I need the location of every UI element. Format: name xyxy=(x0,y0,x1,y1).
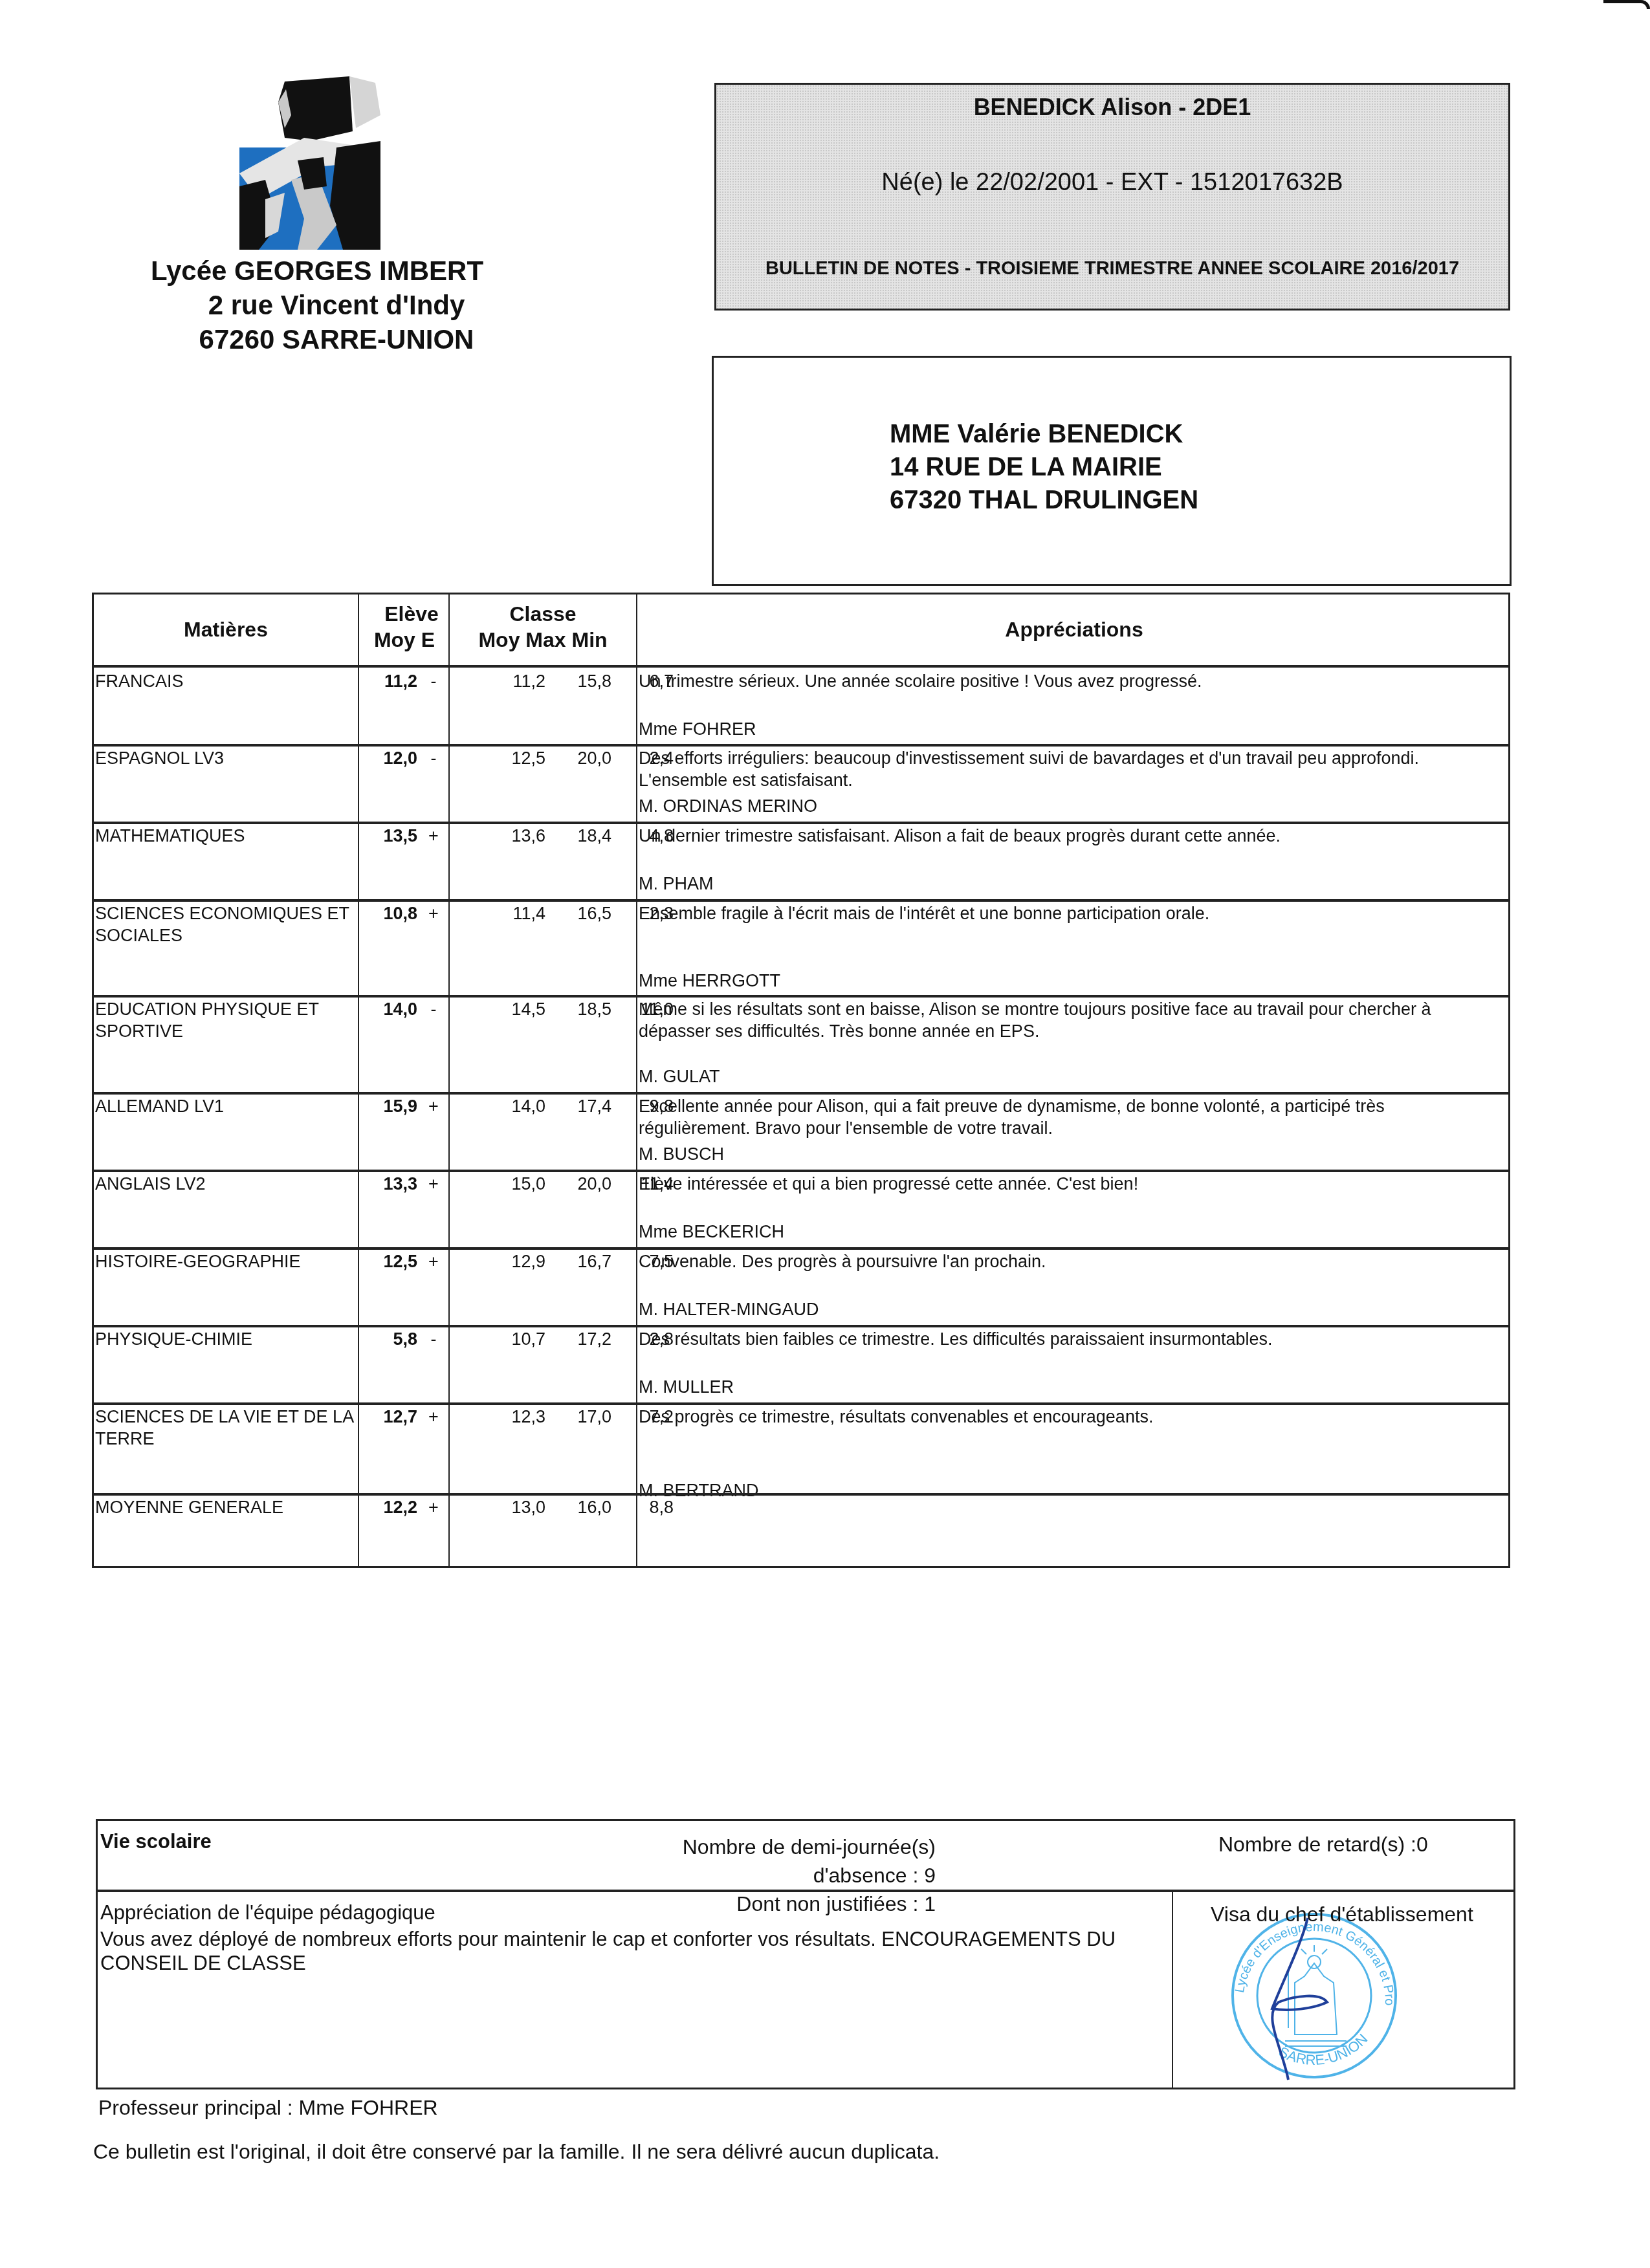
school-stamp-icon: Lycée d'Enseignement Général et Professi… xyxy=(1224,1905,1405,2086)
trend-indicator: - xyxy=(424,998,443,1020)
subject-name: MATHEMATIQUES xyxy=(95,825,354,847)
column-divider xyxy=(1172,1891,1173,2088)
class-average: 12,5 xyxy=(469,747,545,769)
student-average: 11,2 xyxy=(359,670,417,692)
header-student: Elève Moy E xyxy=(359,601,450,653)
lates-count: Nombre de retard(s) :0 xyxy=(1218,1833,1428,1857)
trend-indicator: + xyxy=(424,902,443,924)
recipient-city: 67320 THAL DRULINGEN xyxy=(890,484,1198,517)
student-average: 12,7 xyxy=(359,1406,417,1428)
teacher-name: M. MULLER xyxy=(639,1376,1499,1398)
header-class-line2: Moy Max Min xyxy=(450,627,636,653)
student-average: 12,0 xyxy=(359,747,417,769)
subject-name: ANGLAIS LV2 xyxy=(95,1173,354,1195)
table-row: MOYENNE GENERALE12,2+13,016,08,8 xyxy=(94,1494,1508,1567)
student-birth-info: Né(e) le 22/02/2001 - EXT - 1512017632B xyxy=(716,169,1508,197)
teacher-comment: Excellente année pour Alison, qui a fait… xyxy=(639,1095,1499,1139)
recipient-street: 14 RUE DE LA MAIRIE xyxy=(890,451,1198,484)
vie-scolaire-title: Vie scolaire xyxy=(100,1830,212,1853)
teacher-name: M. HALTER-MINGAUD xyxy=(639,1298,1499,1320)
class-average: 13,6 xyxy=(469,825,545,847)
header-class-line1: Classe xyxy=(450,601,636,627)
class-average: 15,0 xyxy=(469,1173,545,1195)
page-curl xyxy=(1603,0,1650,9)
bulletin-title: BULLETIN DE NOTES - TROISIEME TRIMESTRE … xyxy=(716,258,1508,279)
section-divider xyxy=(98,1890,1513,1892)
class-max: 20,0 xyxy=(547,747,611,769)
teacher-name: Mme BECKERICH xyxy=(639,1221,1499,1243)
subject-name: PHYSIQUE-CHIMIE xyxy=(95,1328,354,1350)
teacher-name: M. ORDINAS MERINO xyxy=(639,795,1499,817)
school-street: 2 rue Vincent d'Indy xyxy=(91,288,544,322)
table-row: FRANCAIS11,2-11,215,86,7Un trimestre sér… xyxy=(94,668,1508,745)
class-average: 10,7 xyxy=(469,1328,545,1350)
trend-indicator: + xyxy=(424,1406,443,1428)
subject-name: MOYENNE GENERALE xyxy=(95,1496,354,1518)
absences-info: Nombre de demi-journée(s) d'absence : 9 … xyxy=(651,1833,936,1918)
teacher-name: Mme FOHRER xyxy=(639,718,1499,740)
header-subjects: Matières xyxy=(94,616,358,642)
teacher-comment: Elève intéressée et qui a bien progressé… xyxy=(639,1173,1499,1195)
table-row: EDUCATION PHYSIQUE ET SPORTIVE14,0-14,51… xyxy=(94,996,1508,1093)
school-logo xyxy=(239,76,380,250)
subject-name: SCIENCES DE LA VIE ET DE LA TERRE xyxy=(95,1406,354,1450)
student-average: 10,8 xyxy=(359,902,417,924)
class-average: 12,3 xyxy=(469,1406,545,1428)
subject-name: HISTOIRE-GEOGRAPHIE xyxy=(95,1250,354,1272)
table-row: ANGLAIS LV213,3+15,020,011,4Elève intére… xyxy=(94,1170,1508,1248)
teacher-name: Mme HERRGOTT xyxy=(639,970,1499,992)
student-name-class: BENEDICK Alison - 2DE1 xyxy=(716,94,1508,121)
class-max: 17,0 xyxy=(547,1406,611,1428)
class-max: 17,4 xyxy=(547,1095,611,1117)
class-average: 13,0 xyxy=(469,1496,545,1518)
stamp-text-bottom: SARRE-UNION xyxy=(1276,2031,1370,2068)
class-max: 17,2 xyxy=(547,1328,611,1350)
svg-text:SARRE-UNION: SARRE-UNION xyxy=(1276,2031,1370,2068)
trend-indicator: + xyxy=(424,825,443,847)
student-header: BENEDICK Alison - 2DE1 Né(e) le 22/02/20… xyxy=(714,83,1510,311)
trend-indicator: + xyxy=(424,1496,443,1518)
student-average: 12,2 xyxy=(359,1496,417,1518)
teacher-comment: Des progrès ce trimestre, résultats conv… xyxy=(639,1406,1499,1428)
grades-table: Matières Elève Moy E Classe Moy Max Min … xyxy=(92,593,1510,1568)
class-average: 14,0 xyxy=(469,1095,545,1117)
header-student-line1: Elève xyxy=(359,601,450,627)
unjustified-count: Dont non justifiées : 1 xyxy=(651,1890,936,1918)
teacher-name: M. BUSCH xyxy=(639,1143,1499,1165)
recipient-address-box: MME Valérie BENEDICK 14 RUE DE LA MAIRIE… xyxy=(712,356,1512,586)
trend-indicator: + xyxy=(424,1250,443,1272)
class-min: 8,8 xyxy=(611,1496,674,1518)
table-row: HISTOIRE-GEOGRAPHIE12,5+12,916,77,5Conve… xyxy=(94,1248,1508,1325)
table-row: SCIENCES DE LA VIE ET DE LA TERRE12,7+12… xyxy=(94,1403,1508,1494)
subject-name: SCIENCES ECONOMIQUES ET SOCIALES xyxy=(95,902,354,946)
student-average: 12,5 xyxy=(359,1250,417,1272)
visa-title: Visa du chef d'établissement xyxy=(1211,1903,1473,1926)
header-comments: Appréciations xyxy=(637,616,1511,642)
school-address: Lycée GEORGES IMBERT 2 rue Vincent d'Ind… xyxy=(91,254,544,356)
subject-name: ESPAGNOL LV3 xyxy=(95,747,354,769)
school-name: Lycée GEORGES IMBERT xyxy=(91,254,544,288)
trend-indicator: + xyxy=(424,1173,443,1195)
table-row: ALLEMAND LV115,9+14,017,49,8Excellente a… xyxy=(94,1093,1508,1170)
teacher-comment: Même si les résultats sont en baisse, Al… xyxy=(639,998,1499,1042)
student-average: 14,0 xyxy=(359,998,417,1020)
class-max: 16,7 xyxy=(547,1250,611,1272)
table-row: SCIENCES ECONOMIQUES ET SOCIALES10,8+11,… xyxy=(94,900,1508,996)
student-average: 5,8 xyxy=(359,1328,417,1350)
class-max: 18,4 xyxy=(547,825,611,847)
class-max: 15,8 xyxy=(547,670,611,692)
teacher-comment: Ensemble fragile à l'écrit mais de l'int… xyxy=(639,902,1499,924)
student-average: 15,9 xyxy=(359,1095,417,1117)
class-average: 11,4 xyxy=(469,902,545,924)
teacher-comment: Un dernier trimestre satisfaisant. Aliso… xyxy=(639,825,1499,847)
table-row: PHYSIQUE-CHIMIE5,8-10,717,22,8Des résult… xyxy=(94,1325,1508,1403)
student-average: 13,3 xyxy=(359,1173,417,1195)
teacher-comment: Des efforts irréguliers: beaucoup d'inve… xyxy=(639,747,1499,791)
student-average: 13,5 xyxy=(359,825,417,847)
table-row: MATHEMATIQUES13,5+13,618,44,8Un dernier … xyxy=(94,822,1508,900)
principal-teacher: Professeur principal : Mme FOHRER xyxy=(98,2096,438,2120)
vie-scolaire-box: Vie scolaire Nombre de demi-journée(s) d… xyxy=(96,1819,1515,2089)
absences-count: Nombre de demi-journée(s) d'absence : 9 xyxy=(651,1833,936,1890)
class-max: 20,0 xyxy=(547,1173,611,1195)
trend-indicator: - xyxy=(424,1328,443,1350)
class-average: 11,2 xyxy=(469,670,545,692)
class-max: 18,5 xyxy=(547,998,611,1020)
teacher-comment: Convenable. Des progrès à poursuivre l'a… xyxy=(639,1250,1499,1272)
teacher-comment: Des résultats bien faibles ce trimestre.… xyxy=(639,1328,1499,1350)
team-appreciation-text: Vous avez déployé de nombreux efforts po… xyxy=(100,1927,1168,1975)
table-row: ESPAGNOL LV312,0-12,520,02,4Des efforts … xyxy=(94,745,1508,822)
class-max: 16,5 xyxy=(547,902,611,924)
header-student-line2: Moy E xyxy=(359,627,450,653)
class-average: 14,5 xyxy=(469,998,545,1020)
teacher-comment: Un trimestre sérieux. Une année scolaire… xyxy=(639,670,1499,692)
class-average: 12,9 xyxy=(469,1250,545,1272)
trend-indicator: - xyxy=(424,747,443,769)
teacher-name: M. PHAM xyxy=(639,873,1499,895)
recipient-name: MME Valérie BENEDICK xyxy=(890,418,1198,451)
class-max: 16,0 xyxy=(547,1496,611,1518)
subject-name: FRANCAIS xyxy=(95,670,354,692)
team-appreciation-title: Appréciation de l'équipe pédagogique xyxy=(100,1901,435,1925)
original-notice: Ce bulletin est l'original, il doit être… xyxy=(93,2140,940,2164)
school-city: 67260 SARRE-UNION xyxy=(91,322,544,356)
header-class: Classe Moy Max Min xyxy=(450,601,636,653)
trend-indicator: - xyxy=(424,670,443,692)
subject-name: ALLEMAND LV1 xyxy=(95,1095,354,1117)
teacher-name: M. GULAT xyxy=(639,1065,1499,1087)
subject-name: EDUCATION PHYSIQUE ET SPORTIVE xyxy=(95,998,354,1042)
trend-indicator: + xyxy=(424,1095,443,1117)
